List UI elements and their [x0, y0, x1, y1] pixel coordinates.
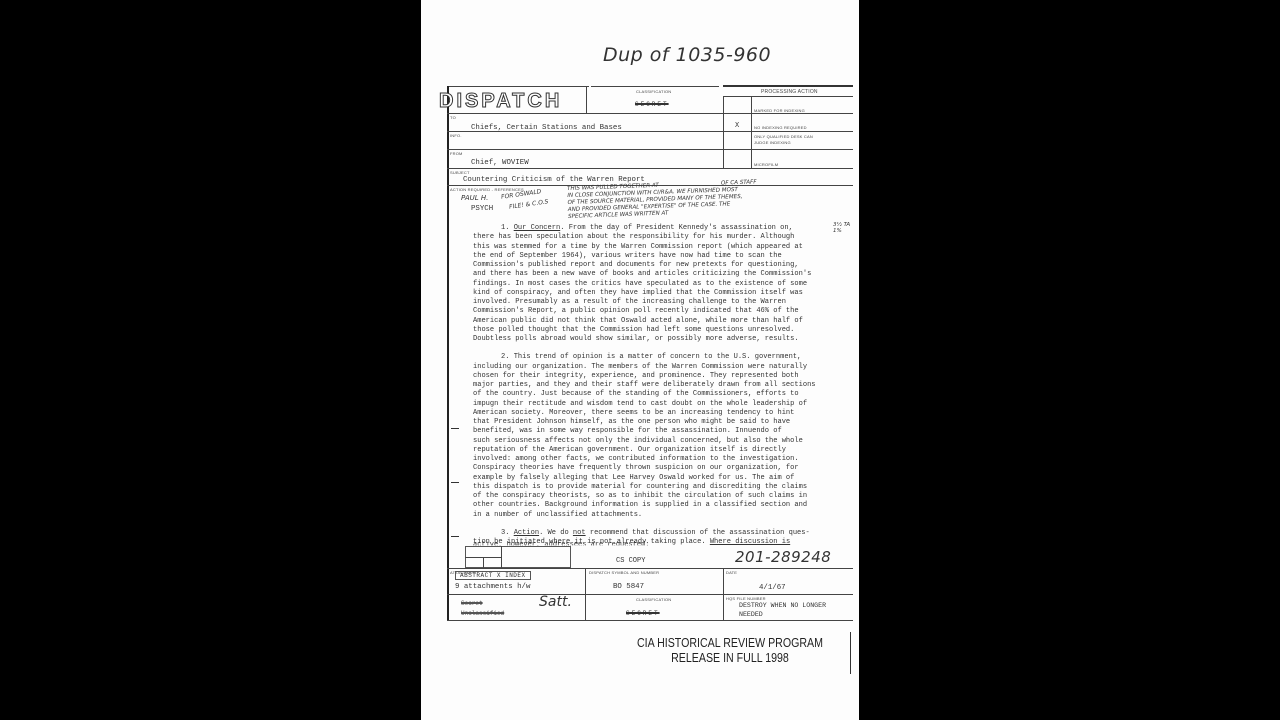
processing-row-qualified-desk: ONLY QUALIFIED DESK CAN JUDGE INDEXING [754, 134, 814, 146]
handwritten-initials: Satt. [539, 594, 572, 610]
hqs-file-label: HQS FILE NUMBER [726, 596, 766, 601]
margin-note-file: FILE! & C.O.S [509, 198, 550, 210]
attachments-note: 9 attachments h/w [455, 583, 530, 591]
attachment-value: ABSTRACT X INDEX [455, 571, 531, 580]
form-divider [586, 86, 587, 113]
distribution-secret: Secret [461, 600, 483, 607]
paragraph-number: 3. [501, 529, 509, 537]
from-value: Chief, WOVIEW [471, 159, 529, 167]
form-border [591, 86, 719, 87]
paragraph-heading: Our Concern [514, 224, 561, 232]
handwritten-duplicate-note: Dup of 1035-960 [603, 44, 771, 66]
paragraph-underlined: Where discussion is [710, 538, 790, 546]
form-divider [723, 96, 853, 97]
margin-tick [451, 536, 459, 537]
form-divider [723, 96, 724, 168]
classification-label: CLASSIFICATION [636, 89, 671, 94]
release-line-2: RELEASE IN FULL 1998 [637, 651, 823, 666]
form-divider [447, 568, 853, 569]
form-divider [447, 620, 853, 621]
margin-tick [451, 482, 459, 483]
paragraph-heading: Action [514, 529, 539, 537]
distribution-unclassified: Unclassified [461, 610, 504, 617]
subject-value: Countering Criticism of the Warren Repor… [463, 176, 645, 184]
dispatch-symbol-value: BO 5847 [613, 583, 644, 591]
hqs-file-value-2: NEEDED [739, 611, 763, 618]
classification-value: SECRET [635, 101, 669, 108]
date-value: 4/1/67 [759, 584, 786, 592]
form-left-border [447, 86, 449, 620]
paragraph-1: 1. Our Concern. From the day of Presiden… [473, 224, 845, 344]
paragraph-2: 2. This trend of opinion is a matter of … [473, 353, 845, 520]
processing-row-microfilm: MICROFILM [754, 162, 778, 167]
scan-edge-mark [850, 632, 851, 674]
subject-label: SUBJECT [450, 170, 470, 175]
handwritten-file-number: 201-289248 [735, 548, 831, 566]
form-divider [751, 96, 752, 168]
processing-row-no-indexing: NO INDEXING REQUIRED [754, 125, 807, 130]
paragraph-text: From the day of President Kennedy's assa… [473, 224, 811, 343]
margin-note-name: PAUL H. [461, 194, 488, 202]
form-divider [447, 131, 853, 132]
processing-row-mark: X [735, 122, 739, 130]
document-page: Dup of 1035-960 DISPATCH CLASSIFICATION … [421, 0, 859, 720]
form-divider [447, 113, 853, 114]
form-divider [447, 149, 853, 150]
dispatch-body: 1. Our Concern. From the day of Presiden… [473, 224, 845, 556]
paragraph-text: We do [548, 529, 573, 537]
paragraph-number: 2. [501, 353, 509, 361]
form-divider [447, 594, 853, 595]
classification-bottom-value: SECRET [626, 610, 660, 617]
paragraph-text: This trend of opinion is a matter of con… [473, 353, 816, 518]
release-stamp: CIA HISTORICAL REVIEW PROGRAM RELEASE IN… [637, 636, 823, 666]
classification-bottom-label: CLASSIFICATION [636, 597, 671, 602]
processing-action-title: PROCESSING ACTION [761, 89, 818, 95]
cs-copy-stamp: CS COPY [616, 557, 645, 565]
from-label: FROM [450, 151, 463, 156]
margin-note-psych: PSYCH [471, 205, 493, 213]
hqs-file-value-1: DESTROY WHEN NO LONGER [739, 602, 826, 609]
margin-tick [451, 428, 459, 429]
dispatch-symbol-label: DISPATCH SYMBOL AND NUMBER [589, 570, 659, 575]
form-border [723, 85, 853, 87]
form-border [447, 86, 589, 87]
form-title: DISPATCH [439, 90, 562, 113]
info-label: INFO. [450, 133, 462, 138]
margin-note-authorship: THIS WAS PULLED TOGETHER AT OF CA STAFF … [567, 179, 758, 221]
to-label: TO [450, 115, 456, 120]
form-divider [447, 168, 853, 169]
form-divider [501, 546, 502, 568]
form-divider [483, 557, 484, 568]
paragraph-emphasis: not [573, 529, 586, 537]
date-label: DATE [726, 570, 737, 575]
release-line-1: CIA HISTORICAL REVIEW PROGRAM [637, 636, 823, 651]
paragraph-number: 1. [501, 224, 509, 232]
